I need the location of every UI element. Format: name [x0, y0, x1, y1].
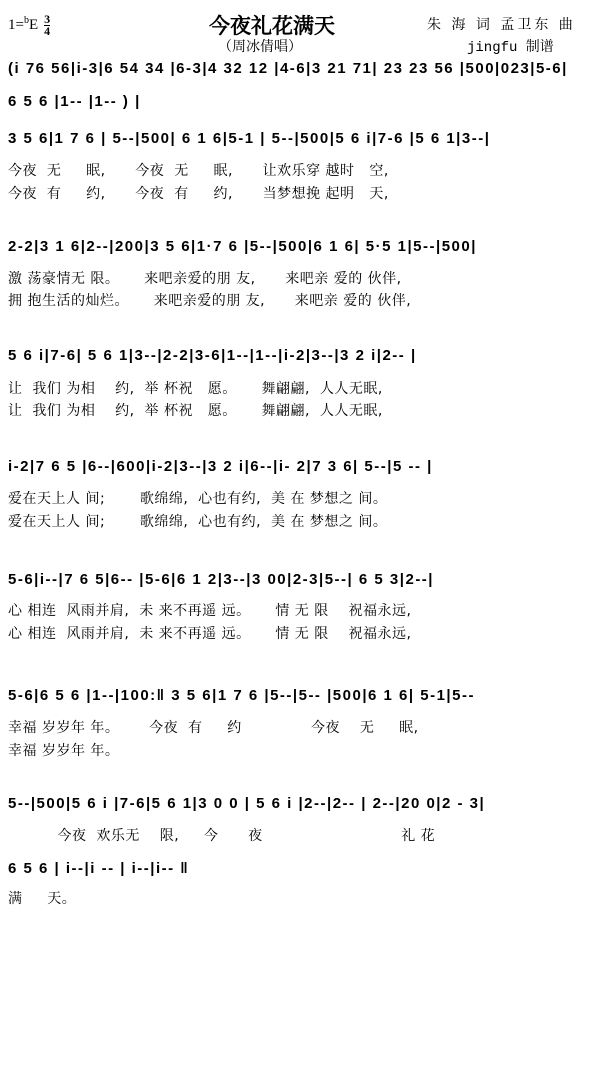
lyric-line-7a: 心 相连 风雨并肩, 未 来不再遥 远。 情 无 限 祝福永远,: [8, 600, 412, 620]
lyric-line-9a: 今夜 欢乐无 限, 今 夜 礼 花: [8, 825, 435, 845]
notation-line-4: 2-2|3 1 6|2--|200|3 5 6|1·7 6 |5--|500|6…: [8, 238, 477, 255]
lyric-line-8b: 幸福 岁岁年 年。: [8, 740, 119, 760]
lyric-line-3b: 今夜 有 约, 今夜 有 约, 当梦想挽 起明 天,: [8, 183, 389, 203]
notation-line-6: i-2|7 6 5 |6--|600|i-2|3--|3 2 i|6--|i- …: [8, 458, 433, 475]
lyric-line-4b: 拥 抱生活的灿烂。 来吧亲爱的朋 友, 来吧亲 爱的 伙伴,: [8, 290, 411, 310]
notation-line-5: 5 6 i|7-6| 5 6 1|3--|2-2|3-6|1--|1--|i-2…: [8, 347, 417, 364]
notation-line-9: 5--|500|5 6 i |7-6|5 6 1|3 0 0 | 5 6 i |…: [8, 795, 485, 812]
notation-line-7: 5-6|i--|7 6 5|6-- |5-6|6 1 2|3--|3 00|2-…: [8, 571, 434, 588]
lyric-line-4a: 激 荡豪情无 限。 来吧亲爱的朋 友, 来吧亲 爱的 伙伴,: [8, 268, 402, 288]
singer-credit: （周冰倩唱）: [218, 36, 302, 56]
notation-line-1: (i 76 56|i-3|6 54 34 |6-3|4 32 12 |4-6|3…: [8, 60, 568, 77]
composer-credit: 朱 海 词 孟卫东 曲: [427, 14, 576, 34]
notation-line-8: 5-6|6 5 6 |1--|100:‖ 3 5 6|1 7 6 |5--|5-…: [8, 687, 475, 704]
transcriber-credit: jingfu 制谱: [467, 36, 554, 56]
lyric-line-5a: 让 我们 为相 约, 举 杯祝 愿。 舞翩翩, 人人无眠,: [8, 378, 383, 398]
notation-line-3: 3 5 6|1 7 6 | 5--|500| 6 1 6|5-1 | 5--|5…: [8, 130, 490, 147]
lyric-line-10a: 满 天。: [8, 888, 76, 908]
lyric-line-7b: 心 相连 风雨并肩, 未 来不再遥 远。 情 无 限 祝福永远,: [8, 623, 412, 643]
lyric-line-8a: 幸福 岁岁年 年。 今夜 有 约 今夜 无 眠,: [8, 717, 419, 737]
lyric-line-3a: 今夜 无 眠, 今夜 无 眠, 让欢乐穿 越时 空,: [8, 160, 389, 180]
notation-line-2: 6 5 6 |1-- |1-- ) |: [8, 93, 141, 110]
lyric-line-6b: 爱在天上人 间; 歌绵绵, 心也有约, 美 在 梦想之 间。: [8, 511, 387, 531]
notation-line-10: 6 5 6 | i--|i -- | i--|i-- ‖: [8, 860, 189, 877]
lyric-line-6a: 爱在天上人 间; 歌绵绵, 心也有约, 美 在 梦想之 间。: [8, 488, 387, 508]
lyric-line-5b: 让 我们 为相 约, 举 杯祝 愿。 舞翩翩, 人人无眠,: [8, 400, 383, 420]
